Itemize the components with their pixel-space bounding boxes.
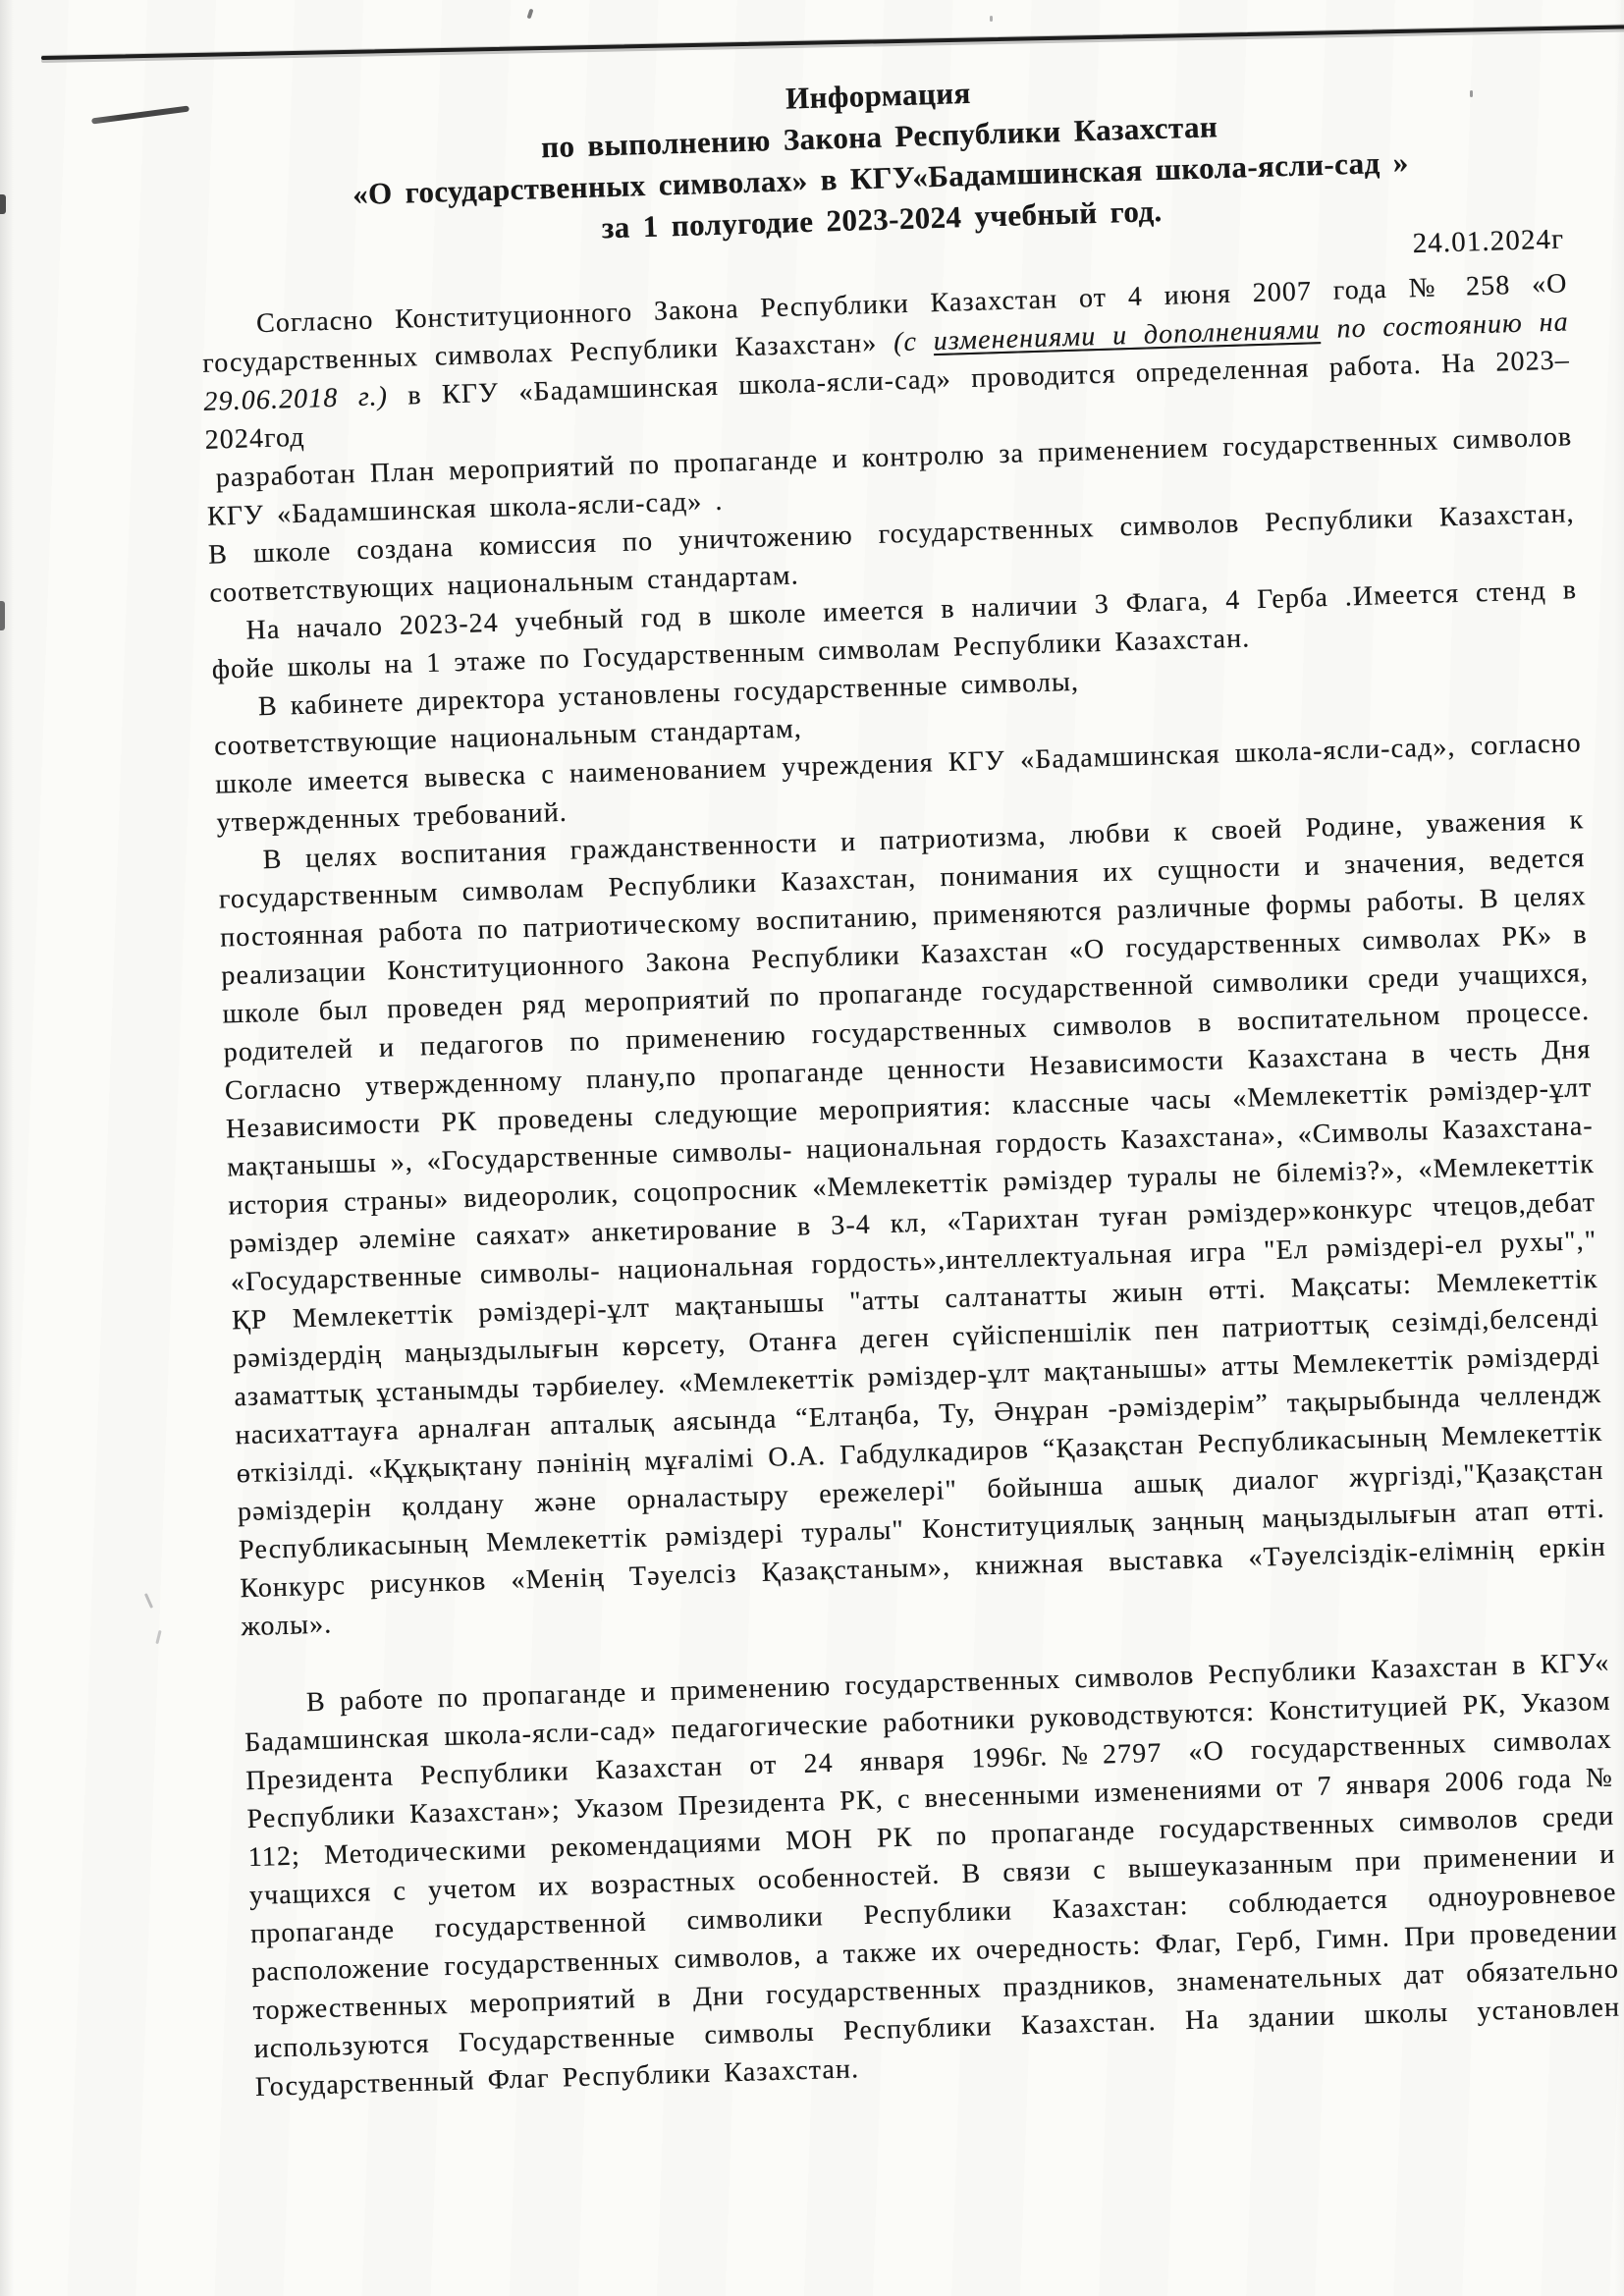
margin-pencil-mark (144, 1593, 153, 1609)
scanned-document-page: Информация по выполнению Закона Республи… (194, 54, 1622, 2106)
scan-speck (527, 9, 534, 20)
scan-speck (990, 16, 993, 22)
text-run: В целях воспитания гражданственности и п… (219, 804, 1607, 1642)
paragraph: В работе по пропаганде и применению госу… (243, 1644, 1621, 2106)
text-run: В работе по пропаганде и применению госу… (244, 1648, 1621, 2103)
scan-edge-blob (0, 601, 5, 630)
text-run: изменениями и дополнениями (933, 314, 1321, 356)
scan-speck (1470, 90, 1473, 97)
text-run: (с (893, 326, 935, 357)
scan-edge-blob (0, 194, 6, 214)
paragraph: В целях воспитания гражданственности и п… (217, 800, 1607, 1646)
margin-pencil-mark (155, 1630, 161, 1644)
document-body: Согласно Конституционного Закона Республ… (201, 264, 1622, 2106)
scan-page-edge-line (41, 25, 1624, 60)
pen-dash-mark (91, 105, 189, 124)
